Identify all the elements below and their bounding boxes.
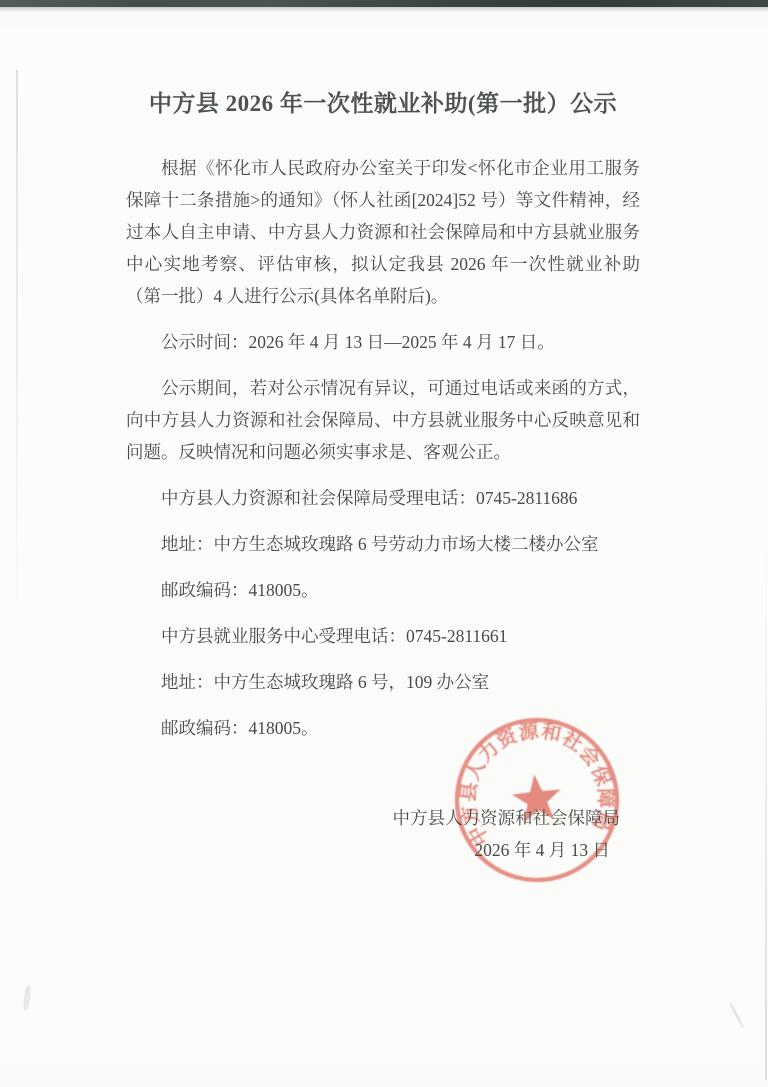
contact-employment-center-phone: 中方县就业服务中心受理电话：0745-2811661 (126, 620, 640, 652)
paragraph-basis: 根据《怀化市人民政府办公室关于印发<怀化市企业用工服务保障十二条措施>的通知》（… (126, 152, 640, 312)
paragraph-publicity-period: 公示时间：2026 年 4 月 13 日—2025 年 4 月 17 日。 (126, 326, 640, 358)
scan-smudge (728, 1001, 745, 1029)
contact-hrss-bureau-address: 地址：中方生态城玫瑰路 6 号劳动力市场大楼二楼办公室 (126, 528, 640, 560)
paragraph-objection-channel: 公示期间，若对公示情况有异议，可通过电话或来函的方式，向中方县人力资源和社会保障… (126, 372, 640, 468)
contact-hrss-bureau-phone: 中方县人力资源和社会保障局受理电话：0745-2811686 (126, 482, 640, 514)
contact-employment-center-address: 地址：中方生态城玫瑰路 6 号，109 办公室 (126, 666, 640, 698)
document-title: 中方县 2026 年一次性就业补助(第一批）公示 (126, 86, 640, 122)
signature-organization: 中方县人力资源和社会保障局 (126, 802, 620, 834)
signature-date: 2026 年 4 月 13 日 (126, 834, 620, 866)
document-sheet: 中方县 2026 年一次性就业补助(第一批）公示 根据《怀化市人民政府办公室关于… (0, 0, 768, 866)
document-body: 根据《怀化市人民政府办公室关于印发<怀化市企业用工服务保障十二条措施>的通知》（… (126, 152, 640, 744)
signature-block: 中方县人力资源和社会保障局 2026 年 4 月 13 日 (126, 802, 640, 866)
scanned-notice-page: 中方县 2026 年一次性就业补助(第一批）公示 根据《怀化市人民政府办公室关于… (0, 0, 768, 1087)
contact-hrss-bureau-postcode: 邮政编码：418005。 (126, 574, 640, 606)
official-seal-stamp-icon: 中方县人力资源和社会保障局 (442, 705, 631, 894)
scan-smudge (22, 985, 32, 1012)
